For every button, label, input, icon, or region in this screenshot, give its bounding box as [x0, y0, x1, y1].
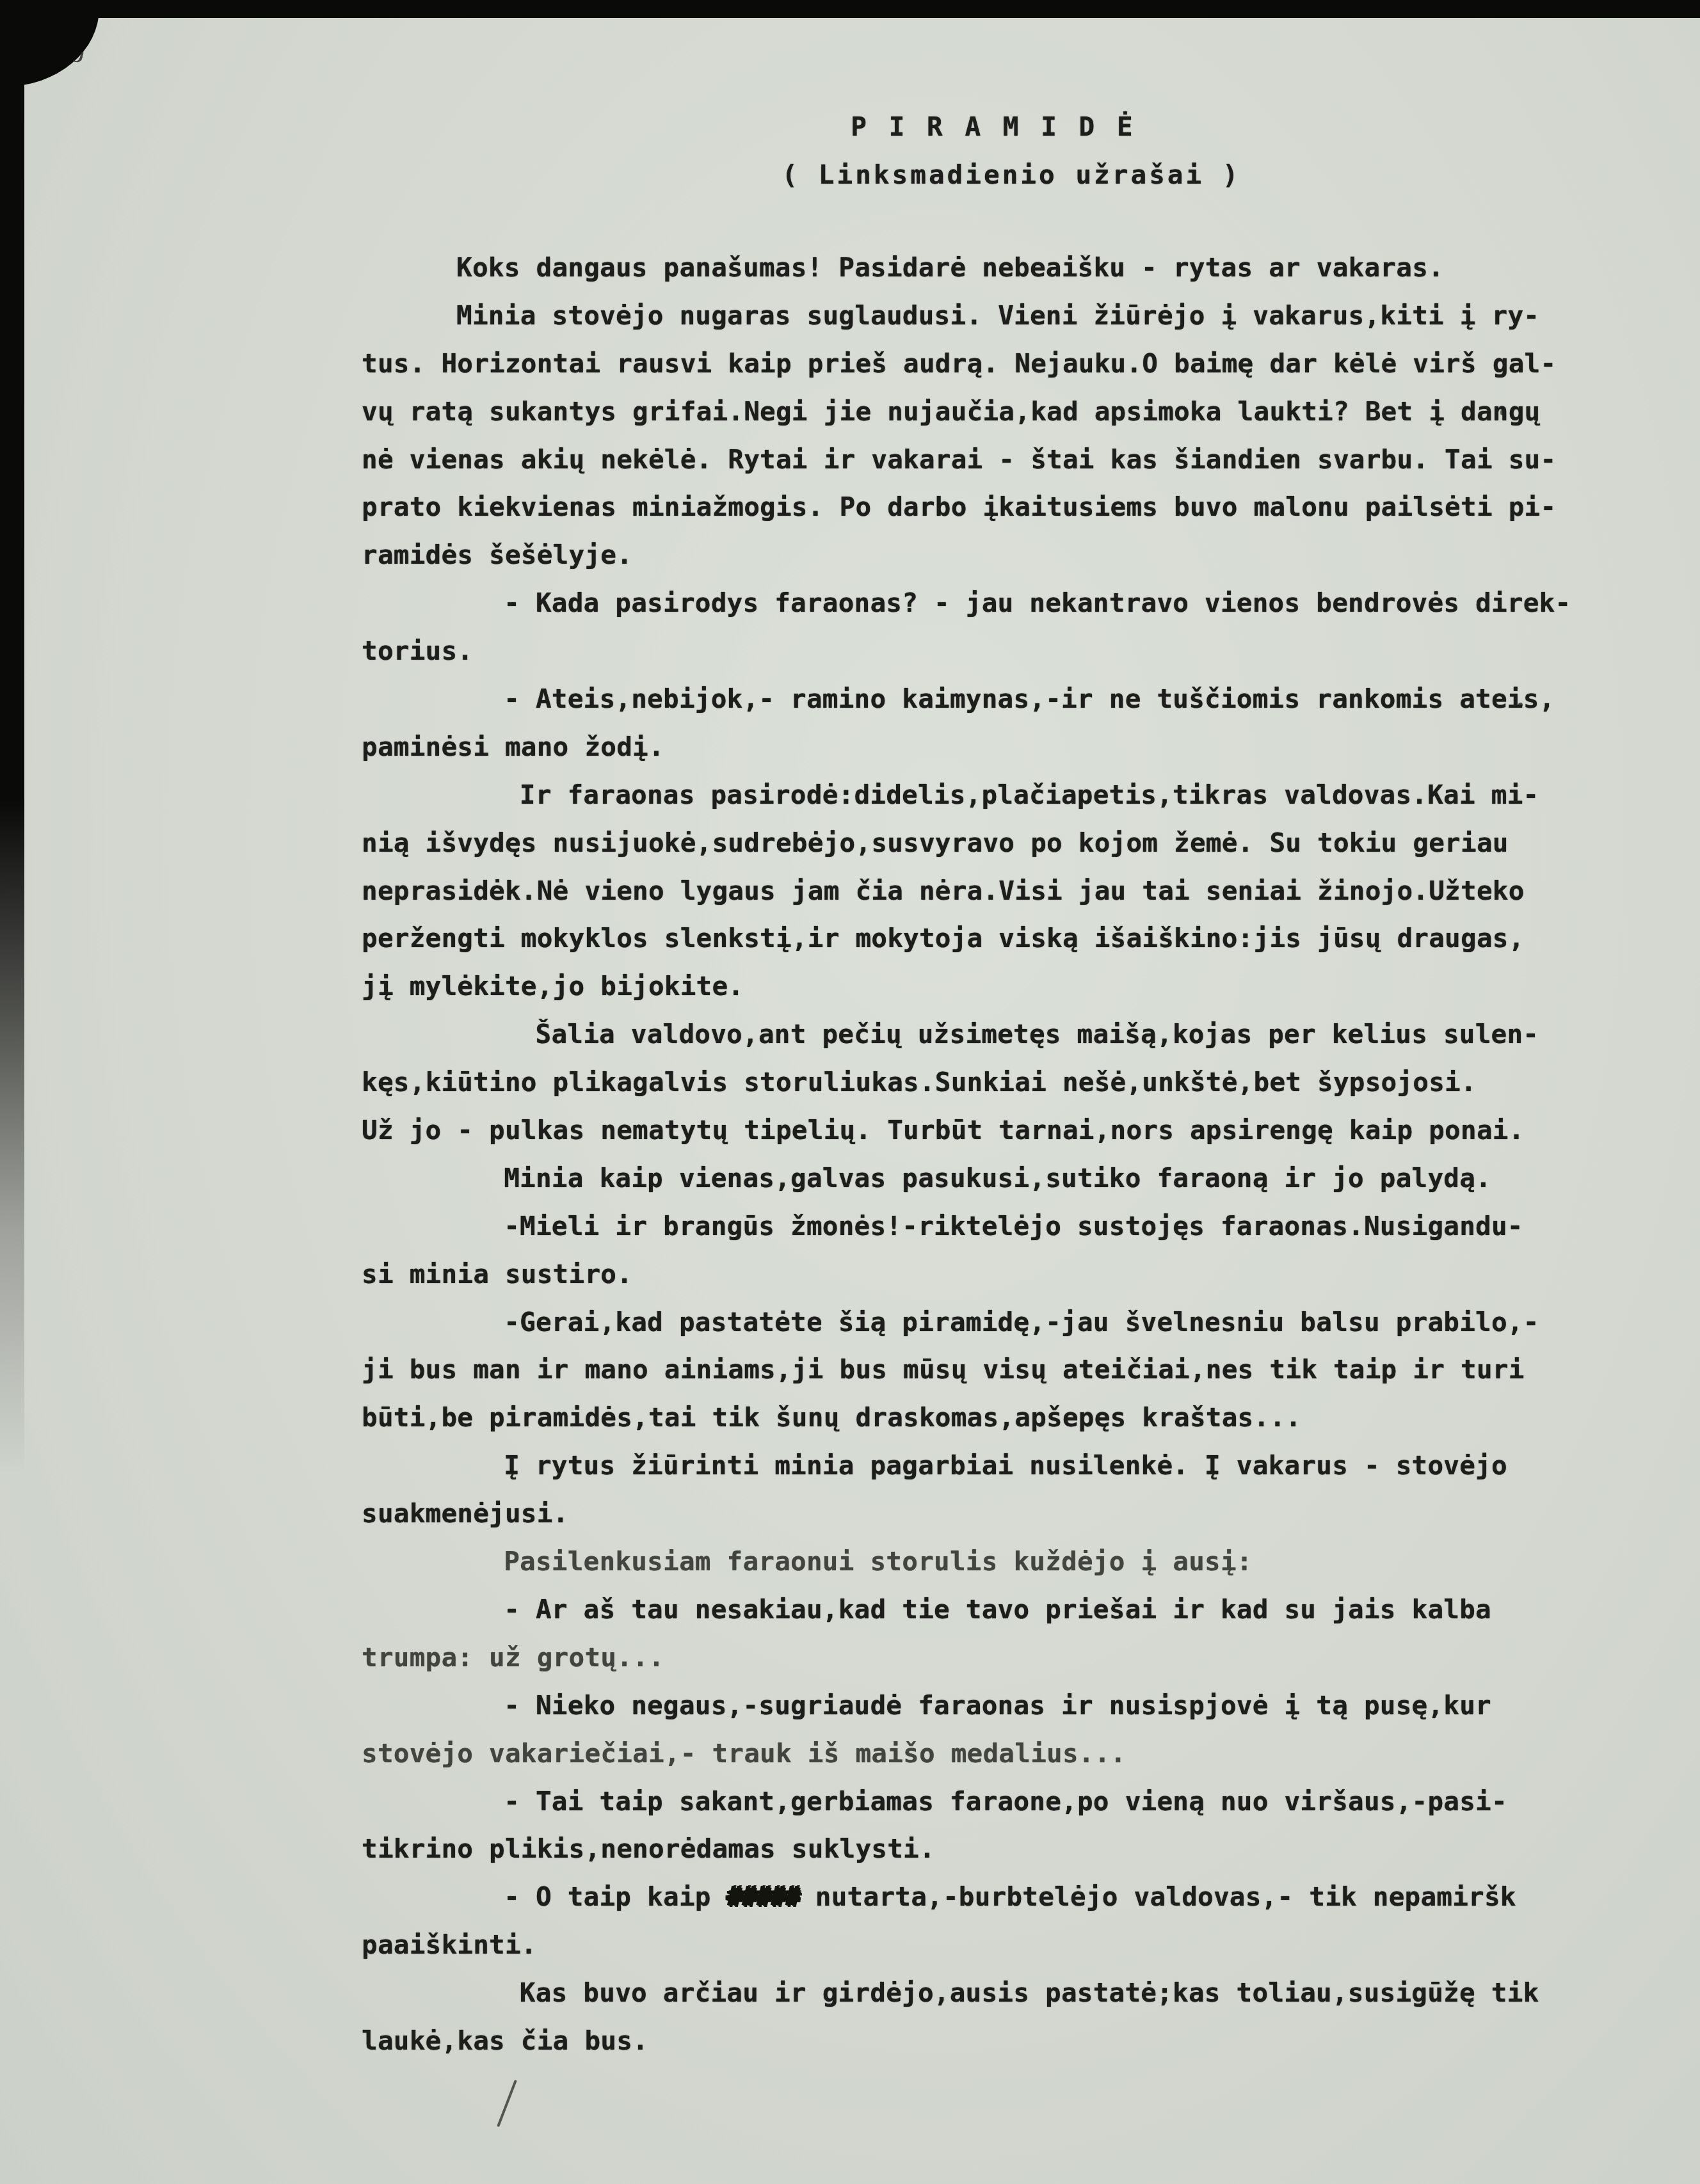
text-line: paaiškinti. [362, 1921, 1642, 1969]
text-segment: Šalia valdovo,ant pečių užsimetęs maišą,… [536, 1019, 1539, 1049]
text-segment: si minia sustiro. [362, 1259, 632, 1289]
document-subtitle: ( Linksmadienio užrašai ) [782, 151, 1240, 199]
text-segment: Koks dangaus panašumas! Pasidarė nebeaiš… [456, 252, 1444, 283]
text-segment: stovėjo vakariečiai,- trauk iš maišo med… [362, 1738, 1126, 1769]
text-line: torius. [362, 627, 1642, 675]
text-line: trumpa: už grotų... [362, 1634, 1642, 1682]
text-segment: Minia kaip vienas,galvas pasukusi,sutiko… [504, 1163, 1491, 1193]
text-segment: -Gerai,kad pastatėte šią piramidę,-jau š… [504, 1307, 1539, 1337]
text-line: vų ratą sukantys grifai.Negi jie nujauči… [362, 388, 1642, 436]
text-segment: Į rytus žiūrinti minia pagarbiai nusilen… [504, 1450, 1507, 1481]
text-line: paminėsi mano žodį. [362, 723, 1642, 771]
text-line: peržengti mokyklos slenkstį,ir mokytoja … [362, 914, 1642, 962]
text-body: Koks dangaus panašumas! Pasidarė nebeaiš… [362, 244, 1642, 2065]
text-segment: laukė,kas čia bus. [362, 2025, 648, 2056]
text-segment: ramidės šešėlyje. [362, 539, 632, 570]
text-line: stovėjo vakariečiai,- trauk iš maišo med… [362, 1730, 1642, 1778]
text-segment: neprasidėk.Nė vieno lygaus jam čia nėra.… [362, 875, 1525, 906]
text-line: Pasilenkusiam faraonui storulis kuždėjo … [362, 1538, 1642, 1586]
text-segment: jį mylėkite,jo bijokite. [362, 971, 744, 1001]
text-segment: Minia stovėjo nugaras suglaudusi. Vieni … [456, 300, 1539, 331]
strikeout-blot: ##### [727, 1881, 799, 1912]
text-line: Kas buvo arčiau ir girdėjo,ausis pastatė… [362, 1969, 1642, 2017]
text-segment: Ir faraonas pasirodė:didelis,plačiapetis… [520, 779, 1539, 810]
text-segment: - Kada pasirodys faraonas? - jau nekantr… [504, 587, 1571, 618]
ink-speck [73, 51, 84, 64]
text-line: laukė,kas čia bus. [362, 2017, 1642, 2065]
text-segment: Kas buvo arčiau ir girdėjo,ausis pastatė… [520, 1977, 1539, 2008]
document-title: P I R A M I D Ė [851, 103, 1135, 151]
text-line: -Gerai,kad pastatėte šią piramidę,-jau š… [362, 1298, 1642, 1346]
text-segment: kęs,kiūtino plikagalvis storuliukas.Sunk… [362, 1067, 1477, 1097]
text-segment: būti,be piramidės,tai tik šunų draskomas… [362, 1402, 1301, 1433]
text-line: Minia kaip vienas,galvas pasukusi,sutiko… [362, 1154, 1642, 1202]
text-line: - O taip kaip ##### nutarta,-burbtelėjo … [362, 1873, 1642, 1921]
text-line: suakmenėjusi. [362, 1490, 1642, 1538]
text-segment: -Mieli ir brangūs žmonės!-riktelėjo sust… [504, 1211, 1523, 1241]
text-line: - Tai taip sakant,gerbiamas faraone,po v… [362, 1778, 1642, 1826]
text-line: - Ar aš tau nesakiau,kad tie tavo prieša… [362, 1586, 1642, 1634]
text-line: - Kada pasirodys faraonas? - jau nekantr… [362, 579, 1642, 627]
text-line: Už jo - pulkas nematytų tipelių. Turbūt … [362, 1106, 1642, 1154]
text-line: kęs,kiūtino plikagalvis storuliukas.Sunk… [362, 1058, 1642, 1106]
text-segment: nią išvydęs nusijuokė,sudrebėjo,susvyrav… [362, 827, 1509, 858]
text-line: Koks dangaus panašumas! Pasidarė nebeaiš… [362, 244, 1642, 292]
text-line: Šalia valdovo,ant pečių užsimetęs maišą,… [362, 1010, 1642, 1058]
text-segment: trumpa: už grotų... [362, 1642, 664, 1673]
text-line: nią išvydęs nusijuokė,sudrebėjo,susvyrav… [362, 819, 1642, 867]
text-segment: vų ratą sukantys grifai.Negi jie nujauči… [362, 396, 1540, 427]
text-segment: - Tai taip sakant,gerbiamas faraone,po v… [504, 1786, 1507, 1817]
text-line: - Ateis,nebijok,- ramino kaimynas,-ir ne… [362, 675, 1642, 723]
text-segment: suakmenėjusi. [362, 1498, 569, 1529]
text-line: Ir faraonas pasirodė:didelis,plačiapetis… [362, 771, 1642, 819]
text-line: ji bus man ir mano ainiams,ji bus mūsų v… [362, 1346, 1642, 1394]
text-segment: tikrino plikis,nenorėdamas suklysti. [362, 1833, 935, 1864]
text-segment: nutarta,-burbtelėjo valdovas,- tik nepam… [799, 1881, 1516, 1912]
text-line: si minia sustiro. [362, 1250, 1642, 1298]
text-line: - Nieko negaus,-sugriaudė faraonas ir nu… [362, 1682, 1642, 1730]
text-line: jį mylėkite,jo bijokite. [362, 962, 1642, 1010]
text-line: -Mieli ir brangūs žmonės!-riktelėjo sust… [362, 1202, 1642, 1250]
text-line: Minia stovėjo nugaras suglaudusi. Vieni … [362, 292, 1642, 340]
text-line: tus. Horizontai rausvi kaip prieš audrą.… [362, 340, 1642, 388]
scanned-page: P I R A M I D Ė ( Linksmadienio užrašai … [0, 0, 1700, 2184]
text-line: ramidės šešėlyje. [362, 531, 1642, 579]
text-segment: torius. [362, 635, 473, 666]
text-line: nė vienas akių nekėlė. Rytai ir vakarai … [362, 436, 1642, 484]
text-line: tikrino plikis,nenorėdamas suklysti. [362, 1825, 1642, 1873]
text-line: būti,be piramidės,tai tik šunų draskomas… [362, 1394, 1642, 1442]
text-segment: - Nieko negaus,-sugriaudė faraonas ir nu… [504, 1690, 1491, 1721]
text-segment: nė vienas akių nekėlė. Rytai ir vakarai … [362, 444, 1556, 475]
text-line: neprasidėk.Nė vieno lygaus jam čia nėra.… [362, 867, 1642, 915]
text-line: Į rytus žiūrinti minia pagarbiai nusilen… [362, 1442, 1642, 1490]
text-segment: Už jo - pulkas nematytų tipelių. Turbūt … [362, 1115, 1525, 1145]
text-segment: - Ateis,nebijok,- ramino kaimynas,-ir ne… [504, 683, 1555, 714]
text-segment: paminėsi mano žodį. [362, 731, 664, 762]
scan-corner-blob [0, 0, 99, 86]
text-segment: ji bus man ir mano ainiams,ji bus mūsų v… [362, 1354, 1525, 1385]
text-segment: peržengti mokyklos slenkstį,ir mokytoja … [362, 923, 1525, 953]
scan-edge-left [0, 0, 24, 1536]
text-segment: prato kiekvienas miniažmogis. Po darbo į… [362, 491, 1556, 522]
text-segment: - O taip kaip [504, 1881, 726, 1912]
pen-mark-slash [497, 2080, 517, 2127]
text-segment: Pasilenkusiam faraonui storulis kuždėjo … [504, 1546, 1253, 1577]
text-segment: paaiškinti. [362, 1929, 537, 1960]
text-line: prato kiekvienas miniažmogis. Po darbo į… [362, 483, 1642, 531]
text-segment: tus. Horizontai rausvi kaip prieš audrą.… [362, 348, 1556, 379]
scan-edge-top [0, 0, 1700, 18]
text-segment: - Ar aš tau nesakiau,kad tie tavo prieša… [504, 1594, 1491, 1625]
